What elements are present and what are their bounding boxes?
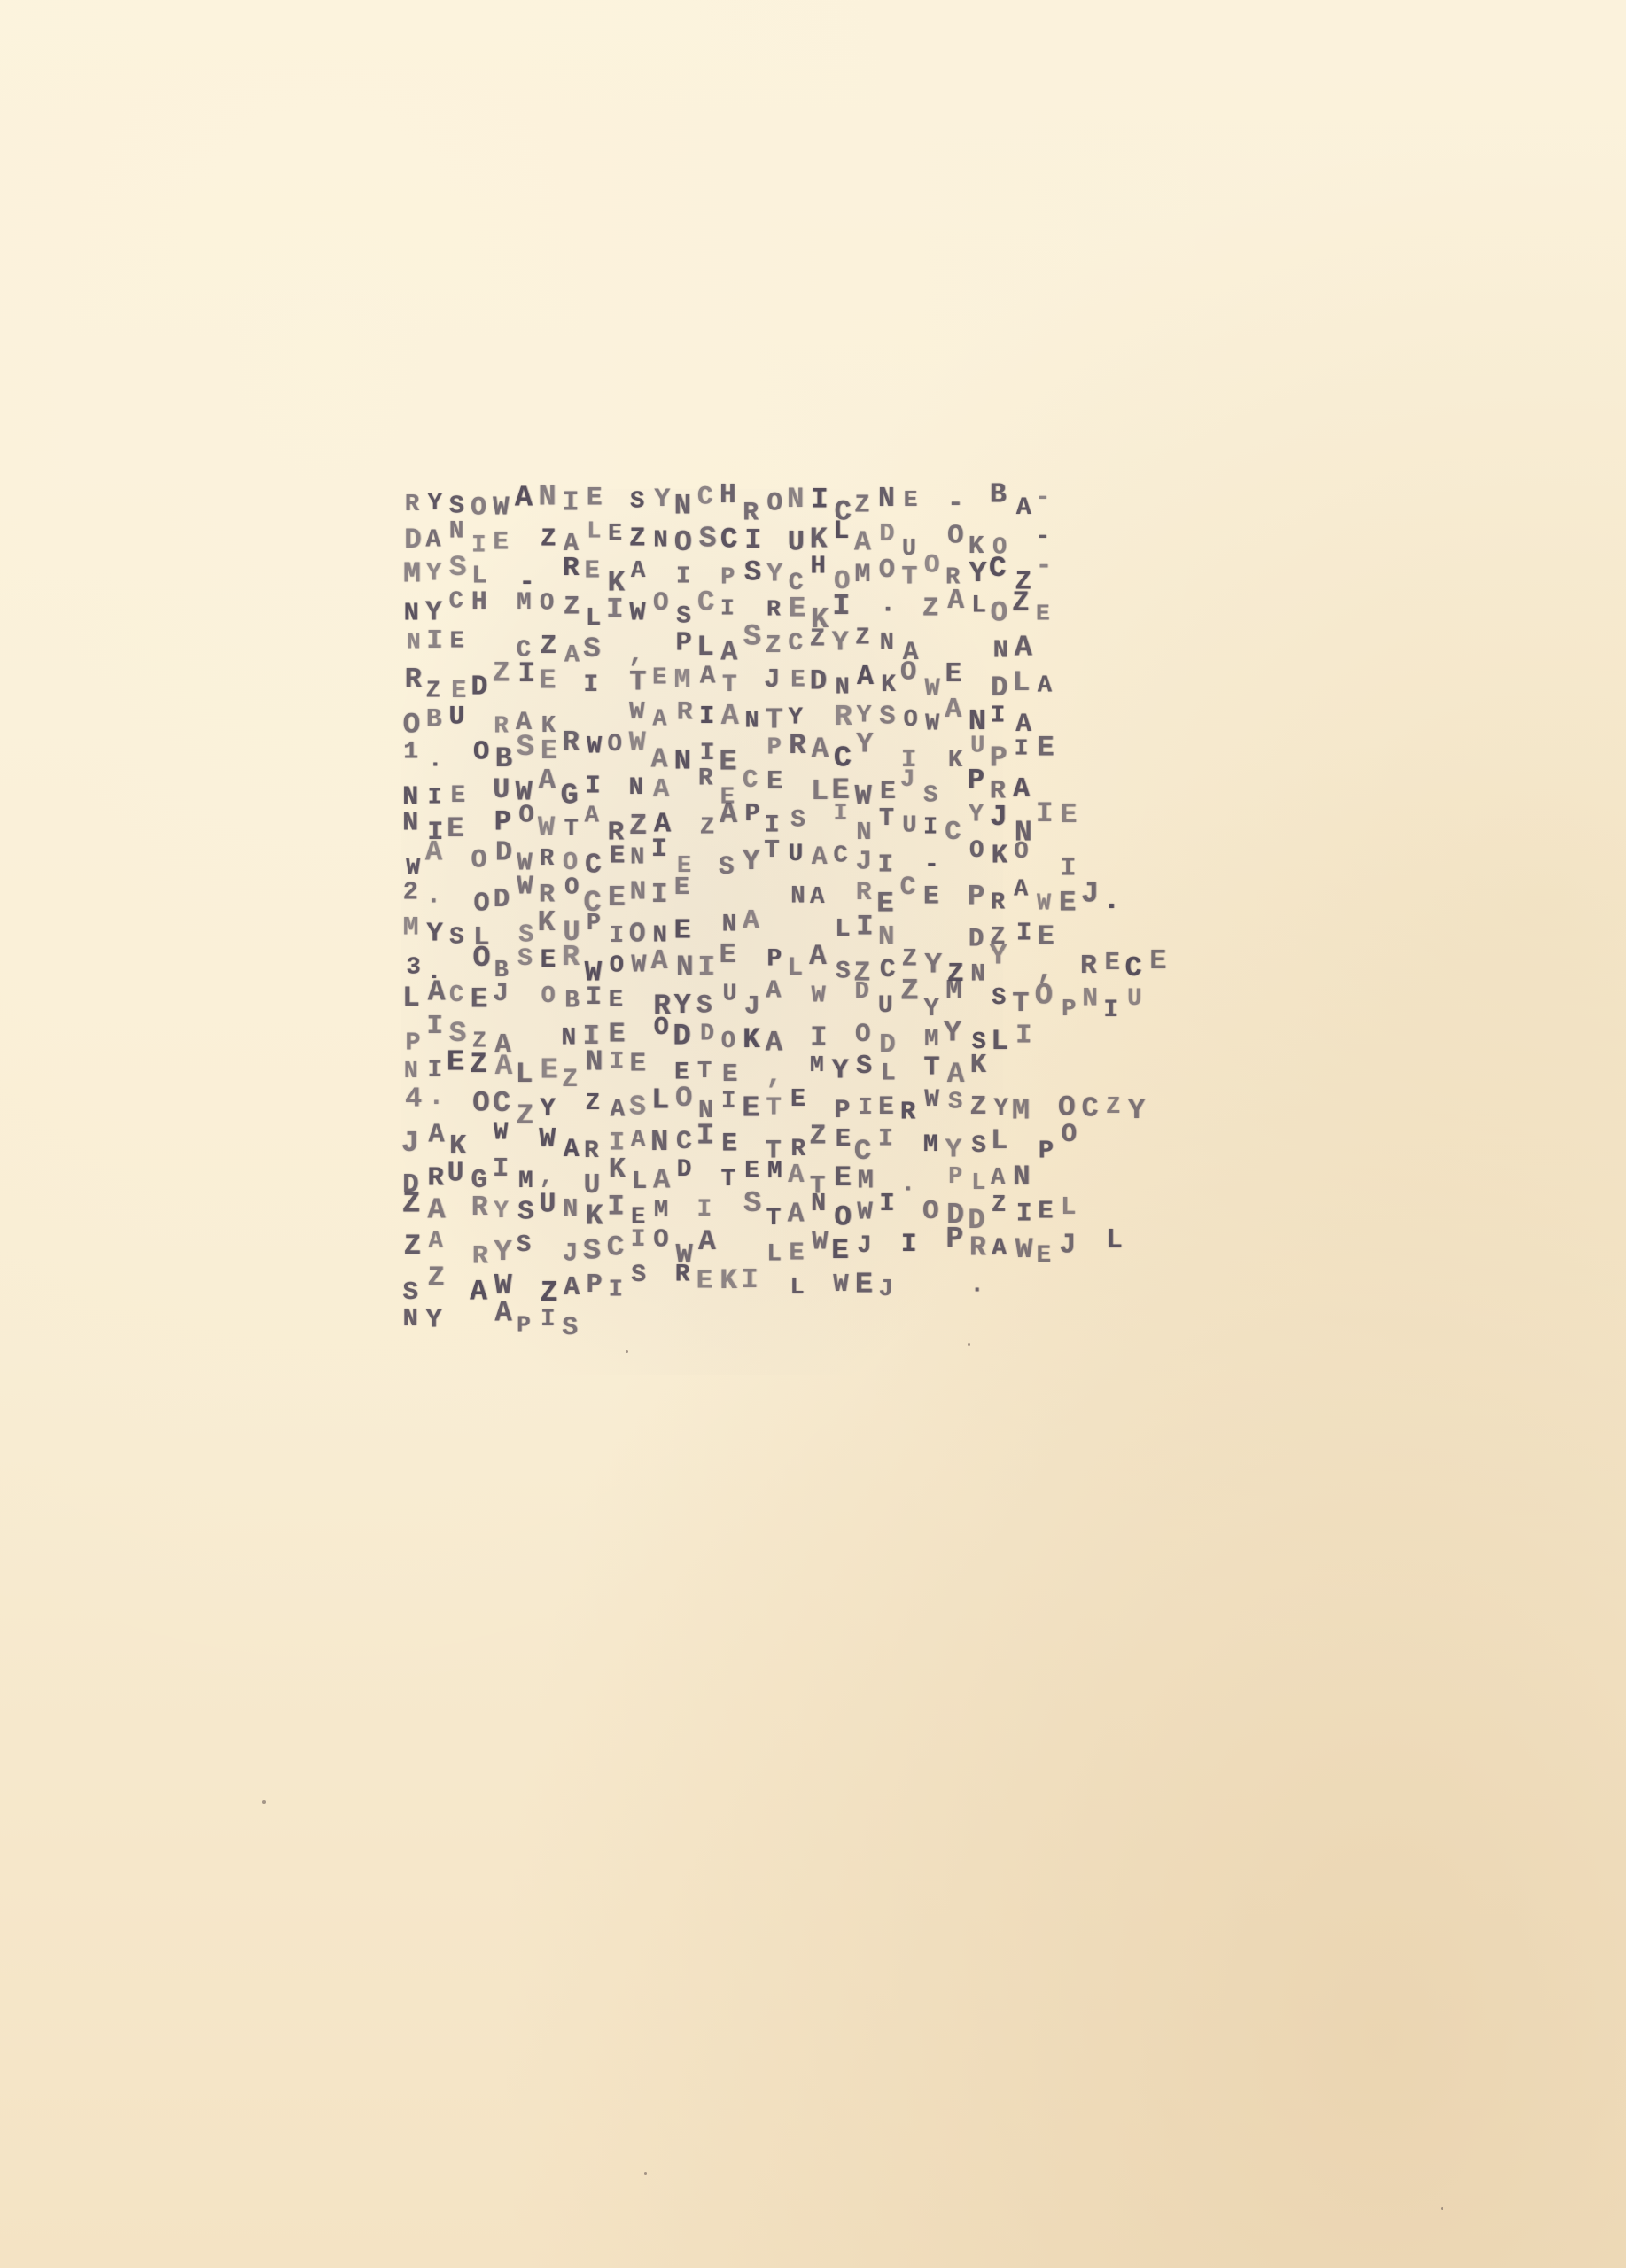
typed-character: N <box>404 629 424 656</box>
typed-character <box>1058 945 1078 974</box>
typed-character: - <box>1033 524 1053 550</box>
typed-character: I <box>852 911 876 944</box>
typed-character: U <box>536 1189 559 1221</box>
typed-character: K <box>967 1051 989 1081</box>
typed-character: R <box>830 701 855 734</box>
paper-speck <box>1441 2207 1443 2210</box>
typed-character: Z <box>423 678 442 704</box>
typed-character: E <box>1034 921 1057 953</box>
typed-character: I <box>606 1048 626 1076</box>
typed-character: 3 <box>403 953 423 981</box>
typed-character <box>715 1189 739 1221</box>
typed-character: T <box>762 704 787 738</box>
typed-character: Z <box>537 631 560 662</box>
typed-character: C <box>447 982 466 1009</box>
typed-character: C <box>897 873 919 903</box>
typed-character: A <box>511 482 536 516</box>
typed-character: H <box>468 587 490 617</box>
typed-character: A <box>942 695 965 726</box>
typed-character: E <box>875 1092 896 1122</box>
typed-character: I <box>1013 1199 1034 1229</box>
typed-character: B <box>423 704 444 734</box>
typed-character: R <box>788 1136 808 1163</box>
typed-character: O <box>467 493 489 523</box>
typed-character: A <box>989 1234 1009 1262</box>
typed-character: A <box>1013 493 1033 522</box>
typed-character: S <box>989 984 1008 1011</box>
typed-character: L <box>829 517 852 547</box>
typed-character: C <box>489 1087 514 1121</box>
typed-character: S <box>696 523 720 555</box>
typed-character: T <box>626 667 650 699</box>
typed-character: W <box>854 1198 875 1227</box>
typed-character <box>759 522 784 555</box>
typed-character: P <box>945 1163 965 1190</box>
typed-character: S <box>626 1091 650 1122</box>
typed-character: B <box>562 987 582 1014</box>
typed-character <box>560 1086 584 1118</box>
typed-character: R <box>424 1163 447 1194</box>
typed-character: U <box>875 991 895 1020</box>
typed-character <box>968 981 987 1008</box>
typed-character: W <box>808 983 828 1009</box>
typed-character: W <box>626 727 649 759</box>
typed-character: C <box>673 1127 695 1157</box>
typed-character <box>920 911 943 943</box>
typed-character <box>471 709 491 735</box>
typed-character <box>896 1272 921 1306</box>
typed-character <box>807 1266 829 1296</box>
paper-speck <box>968 1343 970 1346</box>
typed-character <box>875 731 898 761</box>
typed-character: A <box>1035 672 1054 699</box>
typed-character: A <box>740 905 763 936</box>
typed-character <box>897 842 921 874</box>
typed-character <box>786 766 809 797</box>
typed-character: S <box>512 730 537 765</box>
typed-character: Y <box>491 1198 511 1225</box>
typed-character: Y <box>986 940 1010 973</box>
typed-character: L <box>399 982 423 1014</box>
typed-character: I <box>468 532 488 559</box>
typed-character: D <box>490 884 513 915</box>
typed-character: K <box>534 906 558 939</box>
typed-character: C <box>694 587 718 619</box>
typed-character: O <box>852 1020 874 1049</box>
typed-character: L <box>1057 1193 1078 1223</box>
typed-character: J <box>1055 1230 1078 1262</box>
typed-character: C <box>694 483 715 513</box>
typed-character <box>444 833 469 866</box>
typed-character: N <box>626 876 650 907</box>
typed-character: S <box>628 1261 649 1289</box>
typed-character: Z <box>852 625 872 651</box>
typed-character: S <box>852 1051 875 1081</box>
typed-character: I <box>829 590 853 624</box>
typed-character: N <box>783 484 807 516</box>
text-line: ZA RYS JSCIOWA LEWEJ I PRAWEJ L <box>401 1233 1124 1269</box>
typed-character: E <box>788 666 808 694</box>
typed-character: A <box>561 641 581 670</box>
typed-character <box>604 492 625 519</box>
typed-character: O <box>515 801 536 830</box>
typed-character: P <box>765 734 784 762</box>
typed-character <box>783 1016 808 1050</box>
typed-character: T <box>899 562 921 592</box>
typed-character <box>468 621 491 653</box>
typed-character <box>1012 948 1031 975</box>
typed-character: L <box>969 1169 988 1196</box>
typed-character: Z <box>899 945 920 974</box>
typed-character: S <box>447 923 466 951</box>
typed-character: L <box>511 1059 535 1091</box>
typed-character <box>738 1233 761 1265</box>
typed-character: O <box>921 551 942 581</box>
typed-character: E <box>742 1157 762 1185</box>
typed-character: D <box>467 672 490 703</box>
typed-character <box>876 1232 899 1263</box>
typed-character: C <box>603 1231 627 1264</box>
text-line: SZ AW ZAPIS REKI L WEJ . <box>401 1269 988 1304</box>
typed-character: N <box>560 1195 580 1223</box>
typed-character <box>945 1266 966 1294</box>
typed-character: R <box>852 878 874 907</box>
typed-character: I <box>580 671 601 699</box>
typed-character: P <box>584 910 603 936</box>
typed-character <box>829 978 853 1012</box>
typed-character: N <box>627 843 647 871</box>
typed-character: D <box>401 524 425 557</box>
paper-speck <box>644 2172 647 2175</box>
typed-character: O <box>606 951 626 979</box>
typed-character: I <box>514 658 538 691</box>
typed-character: E <box>537 945 558 975</box>
typed-character: I <box>538 1306 558 1333</box>
typed-character <box>899 1021 919 1048</box>
typed-character: N <box>876 629 896 656</box>
typed-character: S <box>739 620 764 655</box>
typed-character: L <box>877 1060 898 1088</box>
text-line: RYSOWANIE SYNCHRONICZNE - BA- <box>401 489 1056 524</box>
typed-character: L <box>1102 1225 1125 1256</box>
typed-character: I <box>988 703 1007 730</box>
typed-character <box>670 1193 693 1225</box>
typed-character: O <box>945 521 968 552</box>
typed-character: Z <box>852 491 873 520</box>
typed-character: E <box>1033 601 1053 627</box>
typed-character: P <box>1058 996 1078 1023</box>
typed-character: P <box>964 765 988 797</box>
typed-character: A <box>806 941 830 974</box>
typed-character: W <box>922 711 942 737</box>
typed-character: E <box>606 842 627 871</box>
typed-character: R <box>764 596 783 623</box>
typed-character: W <box>490 493 512 524</box>
typed-character: I <box>424 1057 445 1084</box>
typed-character: R <box>1078 951 1101 982</box>
typed-character: S <box>875 702 898 732</box>
typed-character: I <box>875 1125 895 1153</box>
typed-character: R <box>535 880 557 910</box>
typed-character: E <box>764 766 786 796</box>
typed-character <box>513 1276 533 1303</box>
typed-character: R <box>402 491 422 518</box>
text-line: 4. OCZY ZASLONIETE PIERWSZYM OCZY <box>401 1091 1147 1127</box>
typed-character: I <box>899 1230 920 1259</box>
typed-character: K <box>582 1200 606 1233</box>
typed-character: C <box>739 766 760 796</box>
typed-character: Z <box>560 592 582 622</box>
typed-character: A <box>425 1228 446 1255</box>
typed-character: I <box>628 1226 649 1254</box>
typed-character: U <box>720 981 739 1007</box>
typed-character <box>445 735 465 764</box>
typed-character: P <box>764 945 784 974</box>
typed-character <box>919 735 942 766</box>
typed-character: P <box>742 800 763 829</box>
typed-character: R <box>469 1241 491 1271</box>
typed-character: R <box>537 845 556 872</box>
typed-character: A <box>1010 631 1035 664</box>
typed-character <box>809 802 830 832</box>
typed-character: M <box>854 1166 876 1196</box>
typed-character: E <box>604 882 628 914</box>
typed-character: Z <box>919 594 941 624</box>
typed-character: U <box>580 1170 603 1201</box>
typed-character: J <box>986 801 1011 835</box>
typed-character: A <box>945 586 968 617</box>
typed-character: N <box>720 911 740 938</box>
typed-character <box>603 630 625 659</box>
typed-character: I <box>648 835 669 865</box>
typed-character <box>673 804 694 832</box>
typed-character: O <box>650 1225 672 1254</box>
typed-character: W <box>922 674 942 703</box>
typed-character: E <box>443 1046 468 1080</box>
typed-character: E <box>581 556 603 586</box>
typed-character: E <box>671 915 694 947</box>
typed-character: N <box>650 921 669 949</box>
typed-character: I <box>1101 996 1121 1024</box>
typed-character: Y <box>942 1135 965 1166</box>
typed-character: N <box>1079 984 1101 1014</box>
typed-character: N <box>401 599 422 627</box>
typed-character <box>513 976 535 1006</box>
typed-character: E <box>785 594 809 625</box>
text-line: 1. OBSERWOWANIE PRACY I KUPIE <box>401 737 1056 773</box>
typed-character: Y <box>921 949 945 982</box>
typed-character: P <box>583 1270 605 1300</box>
typed-character: Y <box>650 485 673 515</box>
typed-character: S <box>627 488 647 515</box>
typed-character <box>469 1314 488 1340</box>
typed-character: L <box>968 592 988 620</box>
typed-character: M <box>516 1168 536 1195</box>
typed-character: A <box>628 557 648 585</box>
typed-character: A <box>647 744 670 776</box>
typed-character: A <box>607 1096 627 1123</box>
typed-character <box>784 1049 809 1084</box>
typed-character: S <box>693 991 714 1021</box>
typed-character <box>558 1156 582 1189</box>
typed-character: T <box>763 1093 784 1122</box>
typed-character: O <box>537 590 556 617</box>
typed-character: E <box>1146 945 1169 977</box>
typed-character <box>696 871 719 903</box>
typed-character: I <box>558 487 581 519</box>
typed-character: N <box>875 921 898 952</box>
typed-character: S <box>580 1234 604 1268</box>
typed-character: E <box>1033 1242 1054 1270</box>
typed-character: S <box>787 806 807 835</box>
typed-character: N <box>788 882 808 910</box>
typed-character: T <box>561 816 580 843</box>
typed-character: M <box>400 558 424 592</box>
typed-character: A <box>560 1272 582 1302</box>
typed-character: N <box>647 1126 672 1160</box>
typed-character: E <box>447 782 468 810</box>
typed-character: S <box>446 552 470 585</box>
typed-character <box>716 1226 740 1259</box>
typed-character: O <box>626 919 649 950</box>
typed-character <box>921 1239 941 1267</box>
typed-character: I <box>807 484 831 517</box>
typed-character: R <box>966 1232 989 1263</box>
typed-character <box>740 1060 762 1091</box>
typed-character: E <box>536 665 559 697</box>
typed-character: R <box>559 553 582 584</box>
typed-character: P <box>718 564 737 591</box>
typed-character: O <box>920 1196 943 1227</box>
typed-character <box>446 1091 468 1122</box>
typed-character: A <box>422 836 446 868</box>
typed-character: O <box>1031 979 1056 1014</box>
typed-character: W <box>534 812 557 844</box>
typed-character: D <box>492 837 515 869</box>
typed-character: A <box>718 637 741 669</box>
typed-character: N <box>650 527 670 555</box>
typed-character: O <box>966 837 986 865</box>
typed-character: J <box>398 1127 423 1161</box>
typed-character: S <box>447 492 467 520</box>
typed-character: I <box>605 1277 625 1303</box>
typed-character <box>468 812 492 845</box>
typed-character: J <box>875 1276 895 1303</box>
typed-character: A <box>784 1199 807 1230</box>
typed-character: R <box>401 664 424 695</box>
typed-character <box>670 767 694 800</box>
typed-character: Z <box>989 1192 1008 1219</box>
typed-character: Y <box>424 490 444 517</box>
typed-character: R <box>988 889 1007 916</box>
typed-character: L <box>582 604 603 633</box>
typed-character: M <box>1008 1094 1033 1128</box>
typed-character: U <box>1124 985 1145 1013</box>
typed-character <box>782 907 806 940</box>
typed-character: M <box>922 1026 941 1053</box>
typed-character: N <box>626 774 646 802</box>
typed-character: 2 <box>401 879 421 907</box>
typed-character: L <box>693 632 717 664</box>
typed-character <box>602 772 626 804</box>
typed-character <box>468 1123 489 1153</box>
typed-character: M <box>650 1197 670 1223</box>
typed-character: O <box>538 983 557 1009</box>
typed-character: W <box>584 733 604 761</box>
typed-character: I <box>693 1120 718 1153</box>
typed-character: O <box>672 1083 696 1115</box>
typed-character: E <box>1035 1197 1056 1226</box>
typed-character: G <box>468 1165 490 1196</box>
typed-character <box>580 697 603 729</box>
typed-character: Y <box>940 1016 965 1050</box>
typed-character <box>513 1123 533 1152</box>
typed-character: R <box>785 730 809 762</box>
typed-character: Z <box>763 631 784 660</box>
typed-character: Y <box>921 995 941 1023</box>
typed-character: R <box>581 1138 602 1165</box>
typed-character: A <box>581 803 601 830</box>
typed-character: O <box>650 1014 671 1042</box>
typed-character: I <box>875 850 896 880</box>
typed-character: N <box>1009 1161 1033 1194</box>
typed-character: E <box>719 1130 740 1159</box>
typed-character: U <box>784 527 808 559</box>
typed-character: S <box>969 1132 989 1160</box>
typed-character: U <box>444 1158 467 1189</box>
typed-character <box>1011 1128 1033 1158</box>
typed-character: E <box>716 939 739 971</box>
typed-character: Y <box>491 1236 516 1270</box>
typed-character <box>1010 525 1031 555</box>
typed-character: N <box>400 1305 421 1334</box>
typed-character: Y <box>853 702 874 730</box>
typed-character: I <box>921 814 940 841</box>
typed-character: I <box>673 563 693 590</box>
typed-character: T <box>921 1052 943 1083</box>
typed-character: . <box>967 1272 986 1299</box>
typed-character: R <box>695 765 715 792</box>
typed-character: S <box>921 782 940 810</box>
typed-character: E <box>671 874 692 903</box>
typed-character: . <box>424 747 444 774</box>
typed-character <box>559 672 579 700</box>
typed-character: Y <box>424 918 447 949</box>
typed-character: E <box>738 1092 763 1126</box>
typed-character <box>447 1309 467 1337</box>
typed-character: W <box>536 1124 559 1155</box>
typed-character <box>900 1056 920 1084</box>
typed-character: L <box>787 1274 806 1301</box>
typed-character: Z <box>401 1231 424 1262</box>
typed-character: R <box>468 1192 491 1223</box>
typed-character: O <box>467 845 489 875</box>
typed-character: D <box>673 1155 694 1184</box>
typed-character: N <box>401 1059 421 1085</box>
typed-character: I <box>603 1191 627 1223</box>
typed-character: M <box>852 560 874 590</box>
typed-character: R <box>491 713 510 741</box>
typed-character: A <box>988 1164 1007 1191</box>
typed-character: T <box>764 1205 784 1233</box>
typed-character: I <box>694 1196 714 1223</box>
typed-character: E <box>786 1239 806 1267</box>
typed-character: , <box>763 1060 786 1091</box>
typed-character: Z <box>626 524 649 554</box>
typed-character: R <box>673 698 695 728</box>
typed-character: J <box>741 991 763 1021</box>
typed-character: Z <box>399 1187 424 1222</box>
